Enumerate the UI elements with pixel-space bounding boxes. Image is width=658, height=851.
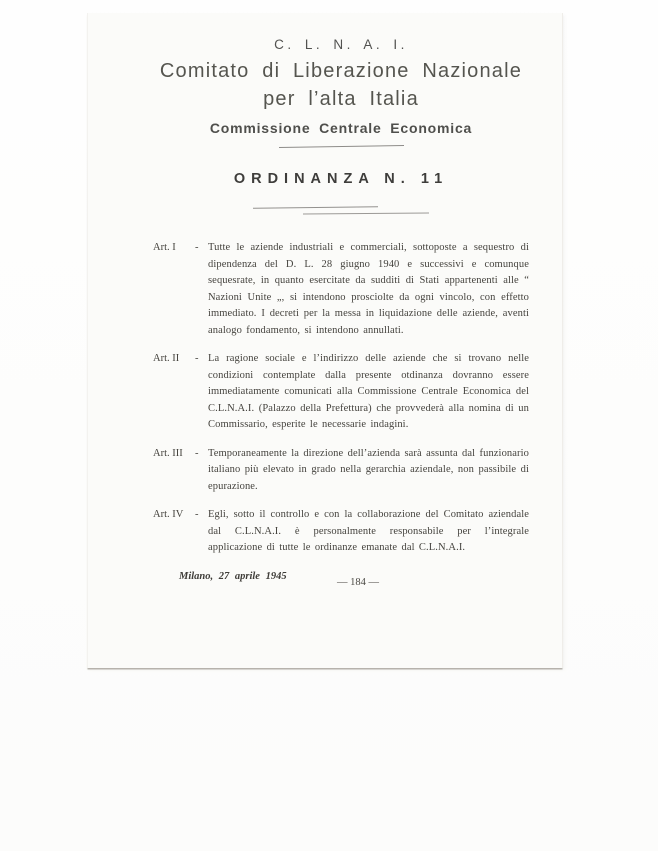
title-overline-rule <box>278 145 403 148</box>
scan-background: C. L. N. A. I. Comitato di Liberazione N… <box>0 0 658 851</box>
article-1-text: Tutte le aziende industriali e commercia… <box>208 240 529 339</box>
article-1-dash: - <box>195 240 208 339</box>
org-name-line2: per l’alta Italia <box>153 86 529 112</box>
article-3: Art. III - Temporaneamente la direzione … <box>153 446 529 496</box>
title-underline-rule-2 <box>303 213 429 215</box>
article-1-label: Art. I <box>153 240 195 339</box>
article-3-dash: - <box>195 446 208 496</box>
article-3-label: Art. III <box>153 446 195 496</box>
article-4: Art. IV - Egli, sotto il controllo e con… <box>153 507 529 557</box>
document-title: ORDINANZA N. 11 <box>153 170 529 189</box>
article-2-dash: - <box>195 351 208 434</box>
page-content: C. L. N. A. I. Comitato di Liberazione N… <box>153 13 529 584</box>
org-abbreviation: C. L. N. A. I. <box>153 37 529 53</box>
article-2: Art. II - La ragione sociale e l’indiriz… <box>153 351 529 434</box>
page-number: — 184 — <box>153 577 529 588</box>
article-2-text: La ragione sociale e l’indirizzo delle a… <box>208 351 529 434</box>
commission-subtitle: Commissione Centrale Economica <box>153 119 529 137</box>
articles-list: Art. I - Tutte le aziende industriali e … <box>153 240 529 557</box>
article-2-label: Art. II <box>153 351 195 434</box>
article-1: Art. I - Tutte le aziende industriali e … <box>153 240 529 339</box>
article-4-text: Egli, sotto il controllo e con la collab… <box>208 507 529 557</box>
org-name-line1: Comitato di Liberazione Nazionale <box>153 58 529 84</box>
document-page: C. L. N. A. I. Comitato di Liberazione N… <box>87 13 563 668</box>
title-underline-rules <box>153 206 529 215</box>
article-4-label: Art. IV <box>153 507 195 557</box>
article-4-dash: - <box>195 507 208 557</box>
article-3-text: Temporaneamente la direzione dell’aziend… <box>208 446 529 496</box>
title-underline-rule-1 <box>253 206 378 209</box>
